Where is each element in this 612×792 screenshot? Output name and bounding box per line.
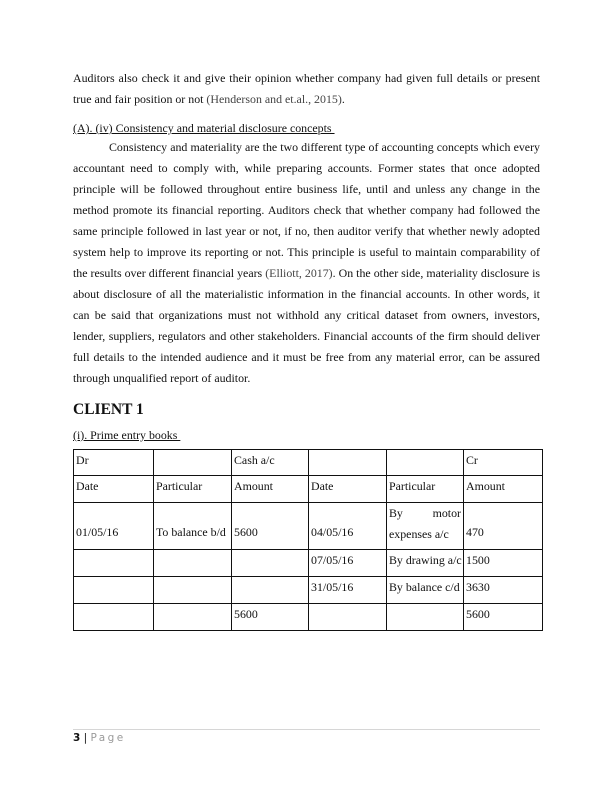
footer-divider xyxy=(73,729,540,730)
column-header-cr-amount: Amount xyxy=(464,476,543,503)
ledger-header-row: Date Particular Amount Date Particular A… xyxy=(74,476,543,503)
cr-amount-cell: 3630 xyxy=(464,577,543,604)
main-text-part1: Consistency and materiality are the two … xyxy=(73,140,540,280)
cr-amount-cell: 1500 xyxy=(464,550,543,577)
empty-cell xyxy=(387,604,464,631)
page-footer: 3 | Page xyxy=(73,731,126,745)
column-header-dr-amount: Amount xyxy=(232,476,309,503)
cr-date-cell: 31/05/16 xyxy=(309,577,387,604)
cr-total-cell: 5600 xyxy=(464,604,543,631)
dr-date-cell xyxy=(74,550,154,577)
dr-particular-cell: To balance b/d xyxy=(154,503,232,550)
column-header-cr-particular: Particular xyxy=(387,476,464,503)
cr-date-cell: 07/05/16 xyxy=(309,550,387,577)
empty-cell xyxy=(154,604,232,631)
cr-particular-line1: By motor xyxy=(389,503,461,524)
dr-particular-cell xyxy=(154,577,232,604)
cr-label: Cr xyxy=(464,450,543,476)
dr-date-cell xyxy=(74,577,154,604)
main-text-part2: . On the other side, materiality disclos… xyxy=(73,266,540,385)
footer-separator: | xyxy=(80,732,90,744)
intro-paragraph: Auditors also check it and give their op… xyxy=(73,68,540,110)
document-page: Auditors also check it and give their op… xyxy=(0,0,612,792)
page-label: Page xyxy=(91,732,126,744)
cr-particular-cell: By motor expenses a/c xyxy=(387,503,464,550)
table-row: 01/05/16 To balance b/d 5600 04/05/16 By… xyxy=(74,503,543,550)
intro-end: . xyxy=(342,92,345,106)
cr-particular-cell: By drawing a/c xyxy=(387,550,464,577)
citation-elliott: (Elliott, 2017) xyxy=(265,266,332,280)
main-paragraph: Consistency and materiality are the two … xyxy=(73,137,540,389)
cr-particular-line2: expenses a/c xyxy=(389,524,461,545)
cr-particular-word: motor xyxy=(433,503,461,524)
citation-henderson: (Henderson and et.al., 2015) xyxy=(206,92,341,106)
account-title: Cash a/c xyxy=(232,450,309,476)
dr-total-cell: 5600 xyxy=(232,604,309,631)
dr-amount-cell xyxy=(232,550,309,577)
dr-amount-cell: 5600 xyxy=(232,503,309,550)
cr-particular-cell: By balance c/d xyxy=(387,577,464,604)
dr-date-cell: 01/05/16 xyxy=(74,503,154,550)
column-header-dr-particular: Particular xyxy=(154,476,232,503)
dr-amount-cell xyxy=(232,577,309,604)
table-row: 31/05/16 By balance c/d 3630 xyxy=(74,577,543,604)
ledger-title-row: Dr Cash a/c Cr xyxy=(74,450,543,476)
column-header-cr-date: Date xyxy=(309,476,387,503)
empty-cell xyxy=(74,604,154,631)
empty-cell xyxy=(309,604,387,631)
dr-label: Dr xyxy=(74,450,154,476)
cr-amount-cell: 470 xyxy=(464,503,543,550)
column-header-dr-date: Date xyxy=(74,476,154,503)
section-heading: (A). (iv) Consistency and material discl… xyxy=(73,121,335,135)
totals-row: 5600 5600 xyxy=(74,604,543,631)
dr-particular-cell xyxy=(154,550,232,577)
table-row: 07/05/16 By drawing a/c 1500 xyxy=(74,550,543,577)
prime-entry-heading: (i). Prime entry books xyxy=(73,428,180,442)
cash-account-ledger: Dr Cash a/c Cr Date Particular Amount Da… xyxy=(73,449,543,631)
client-heading: CLIENT 1 xyxy=(73,401,144,419)
cr-date-cell: 04/05/16 xyxy=(309,503,387,550)
cr-particular-word: By xyxy=(389,503,403,524)
empty-cell xyxy=(387,450,464,476)
empty-cell xyxy=(154,450,232,476)
empty-cell xyxy=(309,450,387,476)
